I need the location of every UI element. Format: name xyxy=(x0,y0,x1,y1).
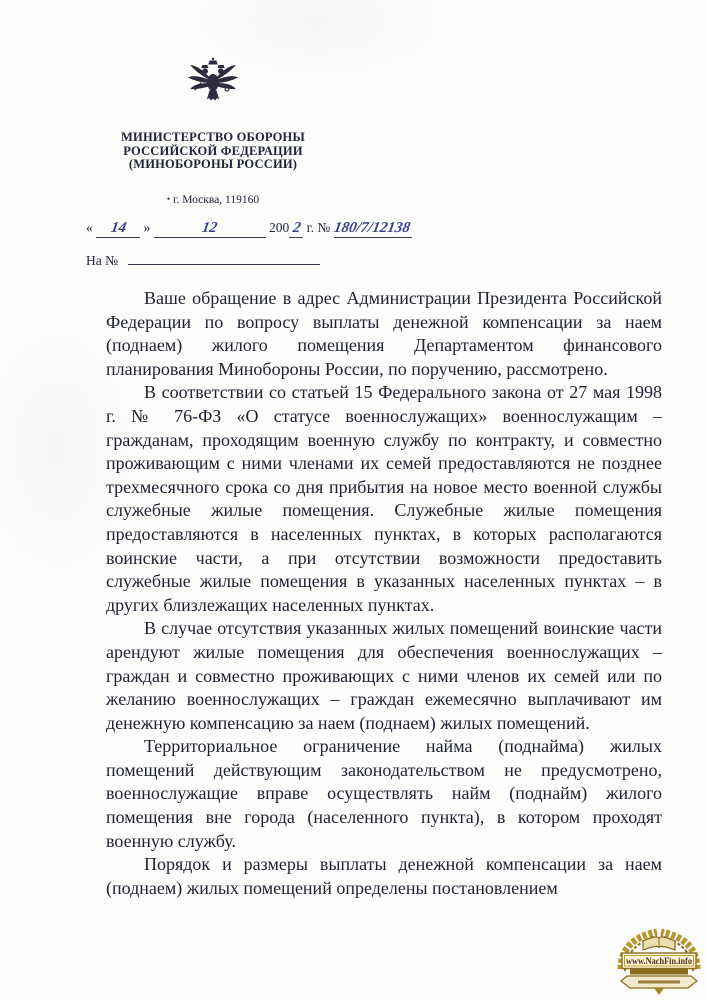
address-bullet-icon: • xyxy=(167,194,170,204)
close-quote: » xyxy=(144,220,151,235)
letterhead-address: •г. Москва, 119160 xyxy=(103,194,323,206)
handwritten-month: 12 xyxy=(201,220,219,237)
handwritten-year-digit: 2 xyxy=(291,220,301,237)
letter-body: Ваше обращение в адрес Администрации Пре… xyxy=(106,287,662,900)
year-printed: 200 xyxy=(269,220,289,235)
body-paragraph: Ваше обращение в адрес Администрации Пре… xyxy=(106,287,662,381)
month-blank-line: 12 xyxy=(154,220,266,238)
laurel-wreath-open-book-icon: www.NachFin.info xyxy=(613,927,705,995)
reference-line: На № xyxy=(86,250,320,269)
ministry-name-line2: РОССИЙСКОЙ ФЕДЕРАЦИИ xyxy=(103,145,323,159)
handwritten-outgoing-number: 180/7/12138 xyxy=(332,220,411,237)
ministry-name-line1: МИНИСТЕРСТВО ОБОРОНЫ xyxy=(103,131,323,145)
document-page: МИНИСТЕРСТВО ОБОРОНЫ РОССИЙСКОЙ ФЕДЕРАЦИ… xyxy=(0,0,707,1000)
watermark-site-label: www.NachFin.info xyxy=(626,957,692,967)
body-paragraph: Порядок и размеры выплаты денежной компе… xyxy=(106,853,662,900)
date-number-line: « 14 » 12 2002 г. № 180/7/12138 xyxy=(86,220,412,238)
outgoing-number-blank-line: 180/7/12138 xyxy=(334,220,412,238)
handwritten-day: 14 xyxy=(109,220,127,237)
open-quote: « xyxy=(86,220,93,235)
day-blank-line: 14 xyxy=(96,220,140,238)
nachfin-watermark: www.NachFin.info xyxy=(613,927,705,1000)
body-paragraph: Территориальное ограничение найма (подна… xyxy=(106,735,662,853)
reference-number-blank-line xyxy=(128,250,320,265)
ministry-name-line3: (МИНОБОРОНЫ РОССИИ) xyxy=(103,158,323,172)
letterhead: МИНИСТЕРСТВО ОБОРОНЫ РОССИЙСКОЙ ФЕДЕРАЦИ… xyxy=(103,56,323,172)
ribbon-illegible-text xyxy=(638,981,680,984)
body-paragraph: В соответствии со статьей 15 Федеральног… xyxy=(106,381,662,617)
year-suffix: г. № xyxy=(307,220,331,235)
reference-label: На № xyxy=(86,253,118,268)
coat-of-arms-eagle-icon xyxy=(185,56,241,125)
body-paragraph: В случае отсутствия указанных жилых поме… xyxy=(106,617,662,735)
year-blank-line: 2 xyxy=(289,220,303,238)
address-text: г. Москва, 119160 xyxy=(173,194,259,206)
